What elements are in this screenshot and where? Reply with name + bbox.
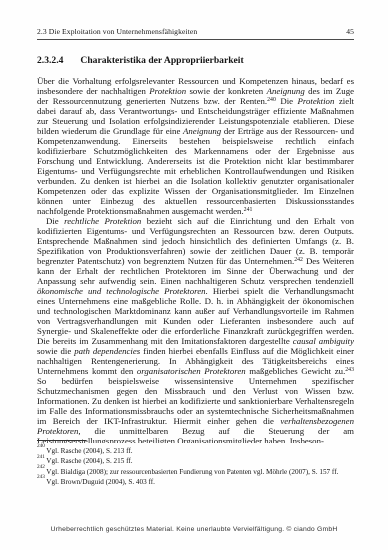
emphasized-text: path dependencies — [74, 346, 140, 356]
section-heading-title: Charakteristika der Appropriierbarkeit — [80, 55, 243, 66]
footnote-marker: 243 — [37, 474, 45, 480]
running-header-title: 2.3 Die Exploitation von Unternehmensfäh… — [37, 27, 197, 36]
footnote-ref: 242 — [294, 257, 303, 263]
body-paragraph-2: Die rechtliche Protektion bezieht sich a… — [37, 216, 354, 443]
footnote-ref: 241 — [244, 207, 253, 213]
footnote-text: Vgl. Brown/Duguid (2004), S. 403 ff. — [46, 478, 155, 486]
footnote-243: 243Vgl. Brown/Duguid (2004), S. 403 ff. — [37, 477, 354, 487]
section-heading: 2.3.2.4 Charakteristika der Appropriierb… — [37, 55, 354, 66]
text-segment: Die — [46, 216, 64, 226]
emphasized-text: causal ambiguity — [293, 336, 354, 346]
footnote-text: Vgl. Rasche (2004), S. 213 ff. — [46, 447, 132, 455]
footnote-marker: 242 — [37, 464, 45, 470]
emphasized-text: ökonomische und technologische Protektor… — [37, 286, 206, 296]
footnote-rule — [37, 440, 86, 441]
page-number: 45 — [346, 27, 354, 36]
section-heading-number: 2.3.2.4 — [37, 55, 63, 66]
footnote-ref: 240 — [267, 97, 276, 103]
body-paragraph-1: Über die Vorhaltung erfolgsrelevanter Re… — [37, 76, 354, 216]
footnote-area: 240Vgl. Rasche (2004), S. 213 ff. 241Vgl… — [37, 440, 354, 488]
footnote-240: 240Vgl. Rasche (2004), S. 213 ff. — [37, 446, 354, 456]
book-page: 2.3 Die Exploitation von Unternehmensfäh… — [0, 0, 388, 550]
footnote-text: Vgl. Rasche (2004), S. 215 ff. — [46, 457, 132, 465]
footnote-marker: 241 — [37, 454, 45, 460]
body-text: Über die Vorhaltung erfolgsrelevanter Re… — [37, 76, 354, 443]
text-segment: der Erträge aus der Ressourcen- und Komp… — [37, 126, 354, 216]
copyright-watermark: Urheberrechtlich geschütztes Material. K… — [0, 526, 388, 533]
running-header: 2.3 Die Exploitation von Unternehmensfäh… — [37, 27, 354, 40]
footnote-marker: 240 — [37, 443, 45, 449]
emphasized-text: rechtliche Protektion — [64, 216, 141, 226]
emphasized-text: organisatorischen Protektoren — [137, 366, 246, 376]
emphasized-text: Aneignung — [183, 126, 221, 136]
page-content: 2.3 Die Exploitation von Unternehmensfäh… — [37, 27, 354, 443]
emphasized-text: Aneignung — [267, 86, 305, 96]
text-segment: Die — [276, 96, 298, 106]
text-segment: maßgebliches Gewicht zu. — [246, 366, 346, 376]
emphasized-text: Protektion — [149, 86, 186, 96]
footnote-text: Vgl. Bialdiga (2008); zur ressourcenbasi… — [46, 468, 338, 476]
footnote-241: 241Vgl. Rasche (2004), S. 215 ff. — [37, 456, 354, 466]
text-segment: sowie die — [37, 346, 74, 356]
emphasized-text: Protektion — [298, 96, 335, 106]
text-segment: sowie der konkreten — [186, 86, 267, 96]
footnote-ref: 243 — [345, 367, 354, 373]
footnote-242: 242Vgl. Bialdiga (2008); zur ressourcenb… — [37, 467, 354, 477]
